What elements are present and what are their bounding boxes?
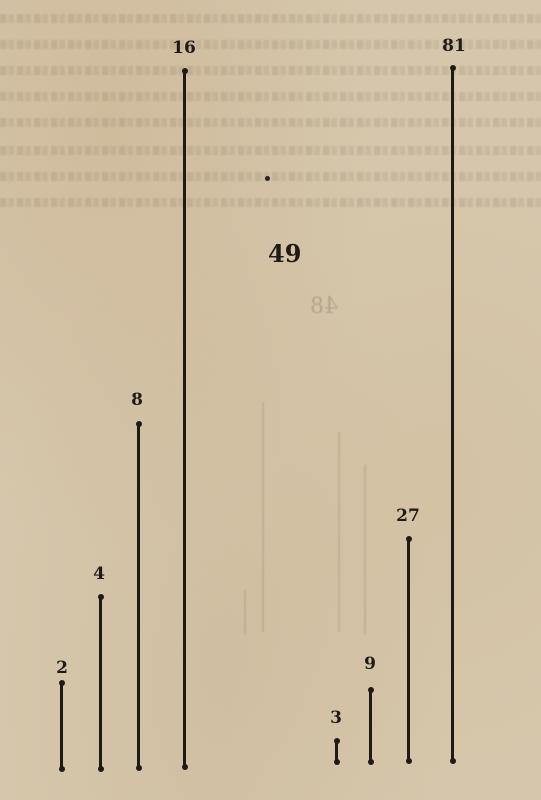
bleed-through-line — [0, 198, 541, 207]
ghost-line — [338, 432, 340, 632]
line-segment — [99, 596, 102, 770]
line-label: 16 — [172, 40, 196, 57]
bleed-through-line — [0, 14, 541, 23]
line-segment — [369, 689, 372, 763]
bleed-through-line — [0, 172, 541, 181]
page-number: 49 — [268, 242, 301, 266]
line-segment — [451, 67, 454, 762]
ghost-line — [262, 402, 264, 632]
bleed-through-line — [0, 92, 541, 101]
bleed-through-line — [0, 66, 541, 75]
bleed-through-line — [0, 146, 541, 155]
book-page: 48 49 2 4 8 16 3 9 27 81 — [0, 0, 541, 800]
ghost-line — [364, 465, 366, 635]
line-segment — [137, 423, 140, 769]
line-label: 2 — [56, 660, 68, 677]
line-label: 4 — [93, 566, 105, 583]
line-segment — [60, 682, 63, 770]
line-label: 3 — [330, 710, 342, 727]
bleed-through-line — [0, 118, 541, 127]
line-label: 8 — [131, 392, 143, 409]
ghost-line — [244, 590, 246, 635]
line-label: 9 — [364, 656, 376, 673]
line-label: 27 — [396, 508, 420, 525]
ghost-page-number: 48 — [310, 294, 338, 319]
line-segment — [183, 70, 186, 768]
line-label: 81 — [442, 38, 466, 55]
line-segment — [407, 538, 410, 762]
ink-dot — [265, 176, 270, 181]
line-segment — [335, 740, 338, 763]
